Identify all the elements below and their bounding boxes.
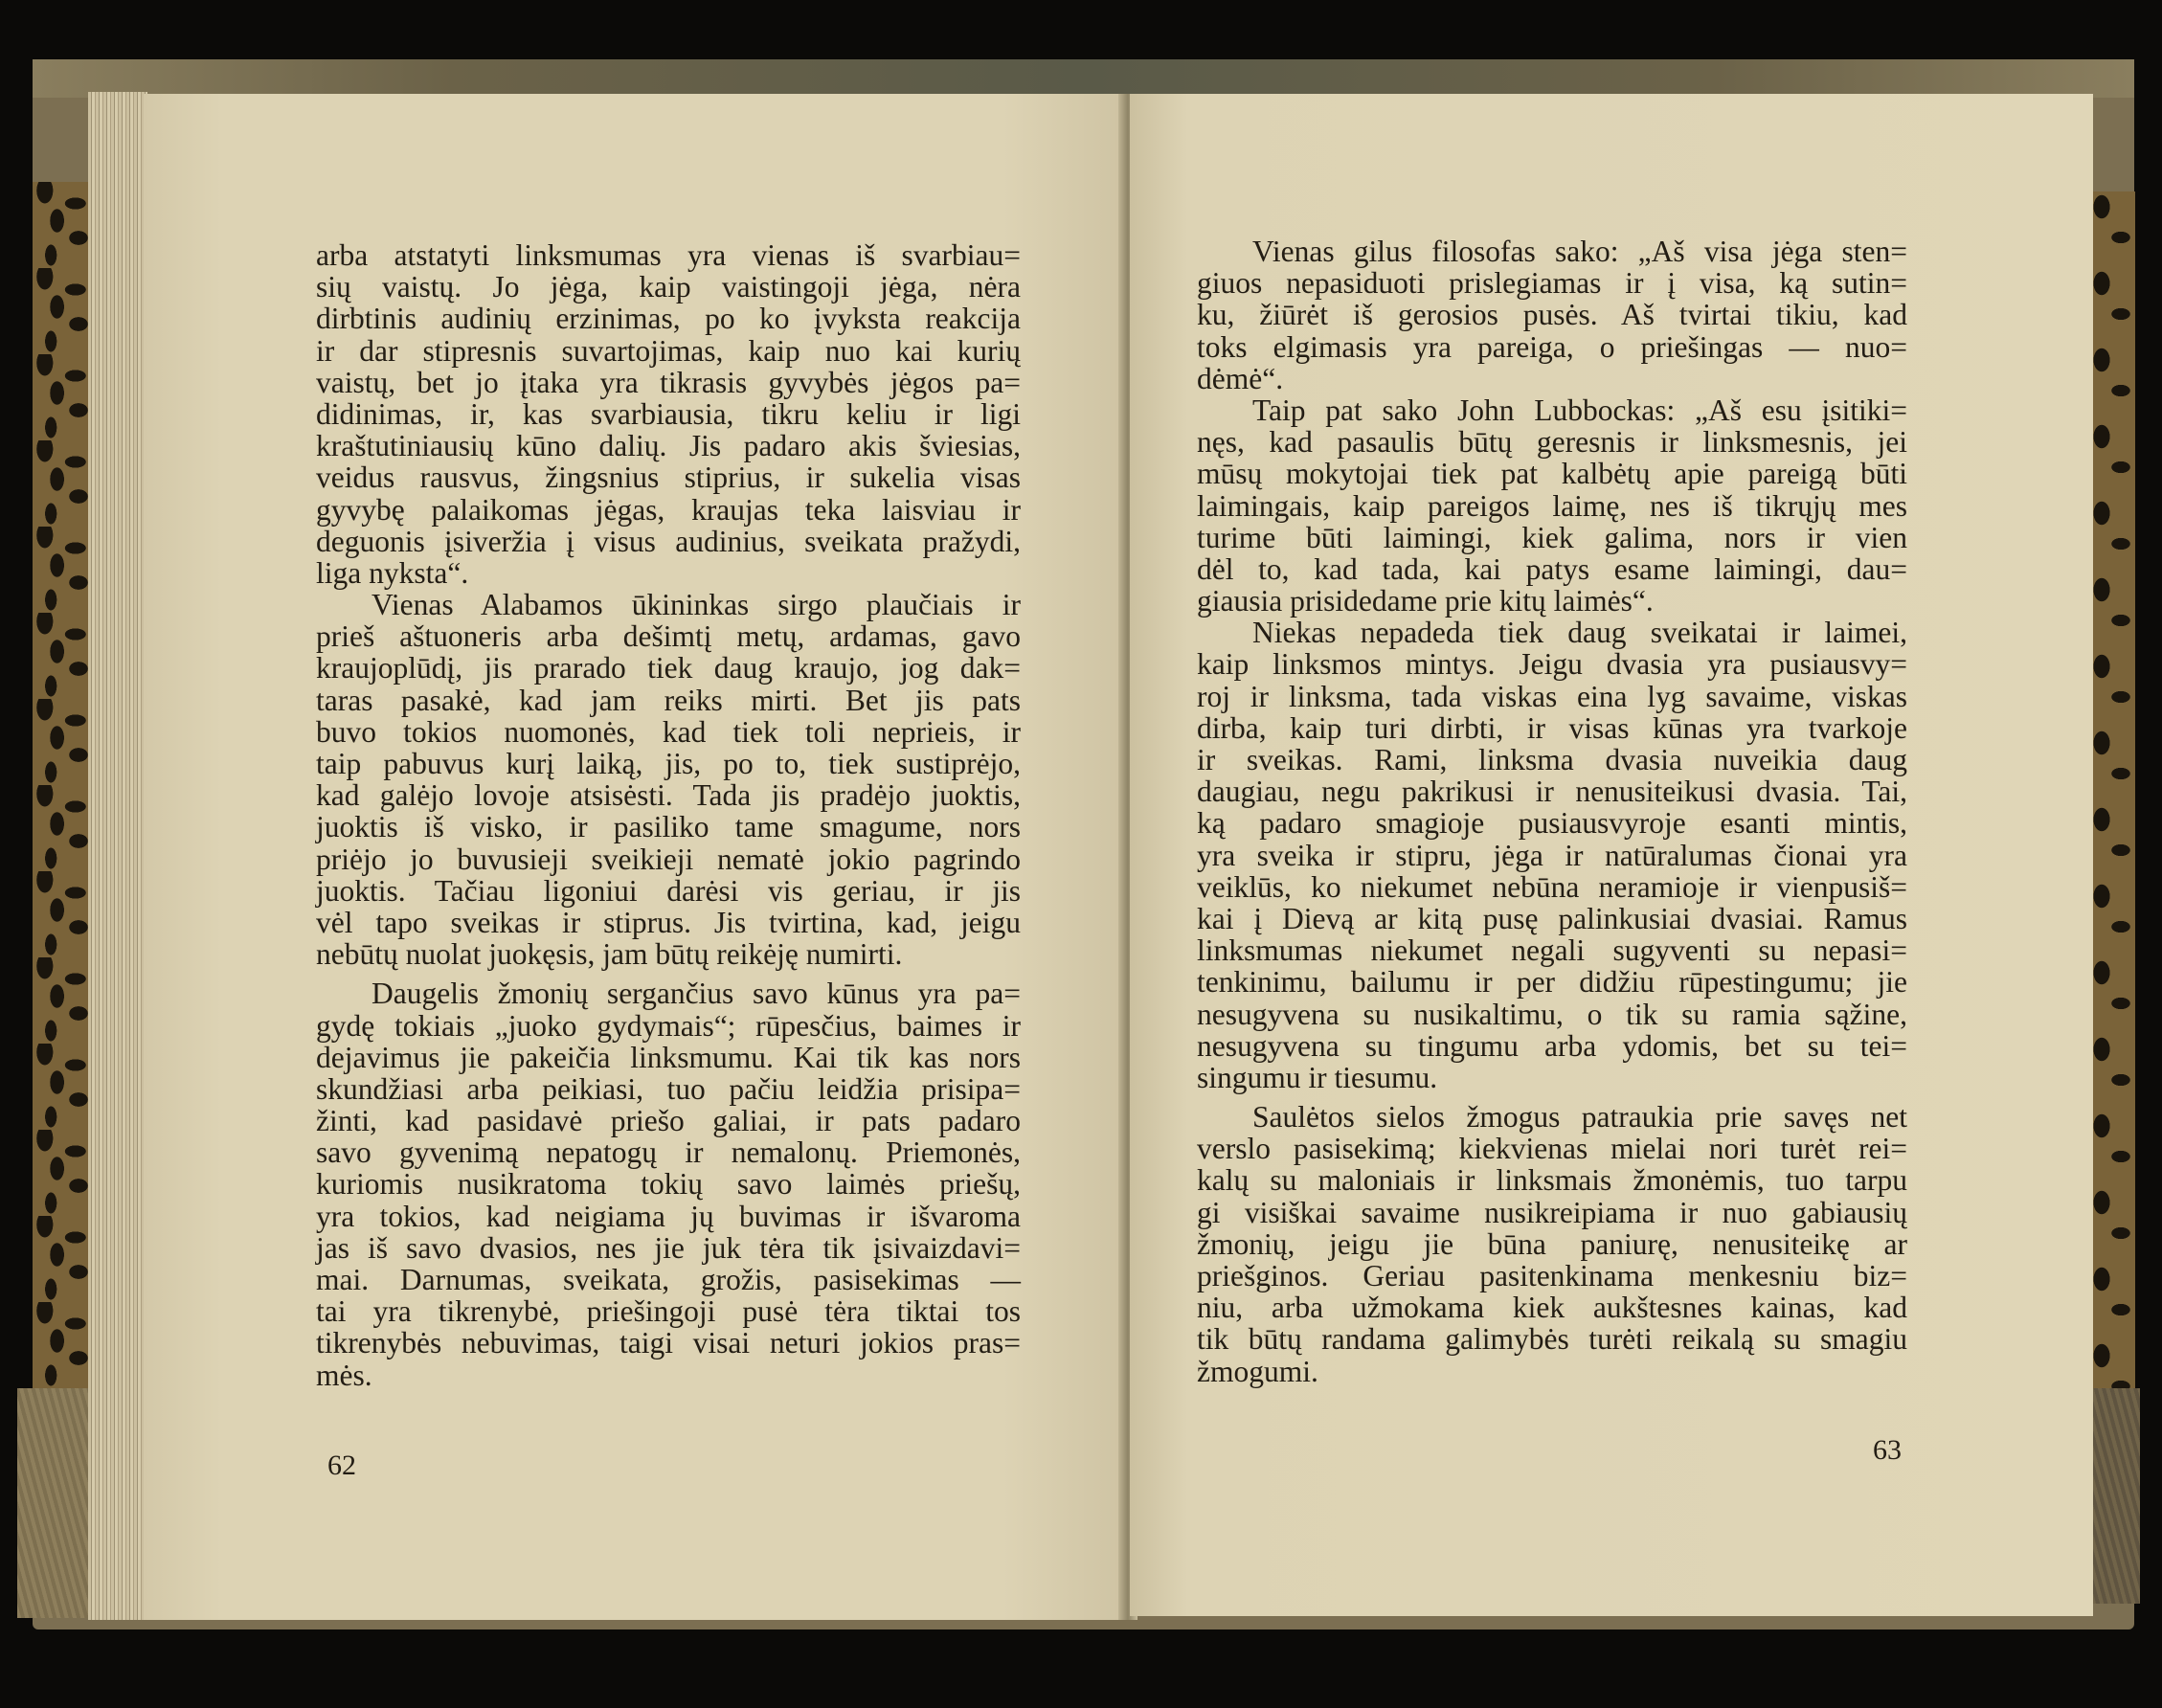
text-line: prieš aštuoneris arba dešimtį metų, arda…	[316, 620, 1021, 652]
text-line: tik būtų randama galimybės turėti reikal…	[1197, 1323, 1907, 1355]
text-line: ir dar stipresnis suvartojimas, kaip nuo…	[316, 335, 1021, 367]
right-page: Vienas gilus filosofas sako: „Aš visa jė…	[1130, 94, 2093, 1616]
text-line: kalų su maloniais ir linksmais žmonėmis,…	[1197, 1164, 1907, 1196]
text-line: dėl to, kad tada, kai patys esame laimin…	[1197, 553, 1907, 585]
page-number-right: 63	[1873, 1434, 1902, 1467]
text-line: jas iš savo dvasios, nes jie juk tėra ti…	[316, 1232, 1021, 1264]
text-line: kaip linksmos mintys. Jeigu dvasia yra p…	[1197, 648, 1907, 680]
text-line: priešginos. Geriau pasitenkinama menkesn…	[1197, 1260, 1907, 1292]
text-line: žinti, kad pasidavė priešo galiai, ir pa…	[316, 1105, 1021, 1136]
paragraph: Saulėtos sielos žmogus patraukia prie sa…	[1197, 1101, 1907, 1387]
text-line: kraujoplūdį, jis prarado tiek daug krauj…	[316, 652, 1021, 684]
text-line: verslo pasisekimą; kiekvienas mielai nor…	[1197, 1133, 1907, 1164]
paragraph: arba atstatyti linksmumas yra vienas iš …	[316, 239, 1021, 589]
text-line: ir sveikas. Rami, linksma dvasia nuveiki…	[1197, 744, 1907, 775]
marbled-endpaper-right	[2087, 191, 2135, 1436]
text-line: linksmumas niekumet negali sugyventi su …	[1197, 934, 1907, 966]
paragraph: Vienas gilus filosofas sako: „Aš visa jė…	[1197, 236, 1907, 394]
text-line: didinimas, ir, kas svarbiausia, tikru ke…	[316, 398, 1021, 430]
text-line: deguonis įsiveržia į visus audinius, sve…	[316, 526, 1021, 557]
text-line: Daugelis žmonių sergančius savo kūnus yr…	[316, 978, 1021, 1009]
text-line: priėjo jo buvusieji sveikieji nematė jok…	[316, 843, 1021, 875]
text-line: roj ir linksma, tada viskas eina lyg sav…	[1197, 681, 1907, 712]
text-line: vaistų, bet jo įtaka yra tikrasis gyvybė…	[316, 367, 1021, 398]
text-line: singumu ir tiesumu.	[1197, 1062, 1907, 1093]
text-line: nebūtų nuolat juokęsis, jam būtų reikėję…	[316, 938, 1021, 970]
text-line: žmogumi.	[1197, 1356, 1907, 1387]
text-line: sių vaistų. Jo jėga, kaip vaistingoji jė…	[316, 271, 1021, 303]
text-line: juoktis iš visko, ir pasiliko tame smagu…	[316, 811, 1021, 843]
text-line: gydę tokiais „juoko gydymais“; rūpesčius…	[316, 1010, 1021, 1042]
text-line: gi visiškai savaime nusikreipiama ir nuo…	[1197, 1197, 1907, 1228]
paragraph: Daugelis žmonių sergančius savo kūnus yr…	[316, 978, 1021, 1390]
text-line: mai. Darnumas, sveikata, grožis, pasisek…	[316, 1264, 1021, 1295]
left-page-text: arba atstatyti linksmumas yra vienas iš …	[316, 239, 1021, 1391]
text-line: ką padaro smagioje pusiausvyroje esanti …	[1197, 807, 1907, 839]
text-line: giausia prisidedame prie kitų laimės“.	[1197, 585, 1907, 617]
text-line: veiklūs, ko niekumet nebūna neramioje ir…	[1197, 871, 1907, 903]
text-line: niu, arba užmokama kiek aukštesnes kaina…	[1197, 1292, 1907, 1323]
text-line: buvo tokios nuomonės, kad tiek toli nepr…	[316, 716, 1021, 748]
right-page-text: Vienas gilus filosofas sako: „Aš visa jė…	[1197, 236, 1907, 1387]
text-line: liga nyksta“.	[316, 557, 1021, 589]
text-line: gyvybę palaikomas jėgas, kraujas teka la…	[316, 494, 1021, 526]
text-line: arba atstatyti linksmumas yra vienas iš …	[316, 239, 1021, 271]
text-line: veidus rausvus, žingsnius stiprius, ir s…	[316, 461, 1021, 493]
text-line: Vienas gilus filosofas sako: „Aš visa jė…	[1197, 236, 1907, 267]
text-line: nesugyvena su nusikaltimu, o tik su rami…	[1197, 999, 1907, 1030]
book-cover-top-edge	[33, 59, 2134, 98]
text-line: tai yra tikrenybė, priešingoji pusė tėra…	[316, 1295, 1021, 1327]
page-stack-edges	[88, 92, 147, 1620]
marbled-endpaper-left	[33, 182, 94, 1474]
text-line: dejavimus jie pakeičia linksmumu. Kai ti…	[316, 1042, 1021, 1073]
text-line: tikrenybės nebuvimas, taigi visai neturi…	[316, 1327, 1021, 1359]
text-line: vėl tapo sveikas ir stiprus. Jis tvirtin…	[316, 907, 1021, 938]
text-line: mūsų mokytojai tiek pat kalbėtų apie par…	[1197, 458, 1907, 489]
text-line: žmonių, jeigu jie būna paniurę, nenusite…	[1197, 1228, 1907, 1260]
text-line: taras pasakė, kad jam reiks mirti. Bet j…	[316, 685, 1021, 716]
text-line: daugiau, negu pakrikusi ir nenusiteikusi…	[1197, 775, 1907, 807]
page-number-left: 62	[327, 1450, 356, 1482]
paragraph: Taip pat sako John Lubbockas: „Aš esu įs…	[1197, 394, 1907, 617]
text-line: taip pabuvus kurį laiką, jis, po to, tie…	[316, 748, 1021, 779]
paragraph: Vienas Alabamos ūkininkas sirgo plaučiai…	[316, 589, 1021, 970]
text-line: kai į Dievą ar kitą pusę palinkusiai dva…	[1197, 903, 1907, 934]
text-line: dirbtinis audinių erzinimas, po ko įvyks…	[316, 303, 1021, 334]
text-line: kad galėjo lovoje atsisėsti. Tada jis pr…	[316, 779, 1021, 811]
left-page: arba atstatyti linksmumas yra vienas iš …	[144, 94, 1120, 1620]
text-line: kraštutiniausių kūno dalių. Jis padaro a…	[316, 430, 1021, 461]
text-line: turime būti laimingi, kiek galima, nors …	[1197, 522, 1907, 553]
text-line: ku, žiūrėt iš gerosios pusės. Aš tvirtai…	[1197, 299, 1907, 330]
text-line: skundžiasi arba peikiasi, tuo pačiu leid…	[316, 1073, 1021, 1105]
text-line: giuos nepasiduoti prislegiamas ir į visa…	[1197, 267, 1907, 299]
text-line: tenkinimu, bailumu ir per didžiu rūpesti…	[1197, 966, 1907, 998]
text-line: mės.	[316, 1360, 1021, 1391]
text-line: yra sveika ir stipru, jėga ir natūraluma…	[1197, 840, 1907, 871]
paragraph: Niekas nepadeda tiek daug sveikatai ir l…	[1197, 617, 1907, 1093]
text-line: yra tokios, kad neigiama jų buvimas ir i…	[316, 1201, 1021, 1232]
text-line: Niekas nepadeda tiek daug sveikatai ir l…	[1197, 617, 1907, 648]
text-line: dėmė“.	[1197, 363, 1907, 394]
text-line: toks elgimasis yra pareiga, o priešingas…	[1197, 331, 1907, 363]
text-line: juoktis. Tačiau ligoniui darėsi vis geri…	[316, 875, 1021, 907]
text-line: nęs, kad pasaulis būtų geresnis ir links…	[1197, 426, 1907, 458]
text-line: Saulėtos sielos žmogus patraukia prie sa…	[1197, 1101, 1907, 1133]
text-line: laimingais, kaip pareigos laimę, nes iš …	[1197, 490, 1907, 522]
text-line: savo gyvenimą nepatogų ir nemalonų. Prie…	[316, 1136, 1021, 1168]
text-line: kuriomis nusikratoma tokių savo laimės p…	[316, 1168, 1021, 1200]
text-line: nesugyvena su tingumu arba ydomis, bet s…	[1197, 1030, 1907, 1062]
text-line: Vienas Alabamos ūkininkas sirgo plaučiai…	[316, 589, 1021, 620]
text-line: dirba, kaip turi dirbti, ir visas kūnas …	[1197, 712, 1907, 744]
text-line: Taip pat sako John Lubbockas: „Aš esu įs…	[1197, 394, 1907, 426]
